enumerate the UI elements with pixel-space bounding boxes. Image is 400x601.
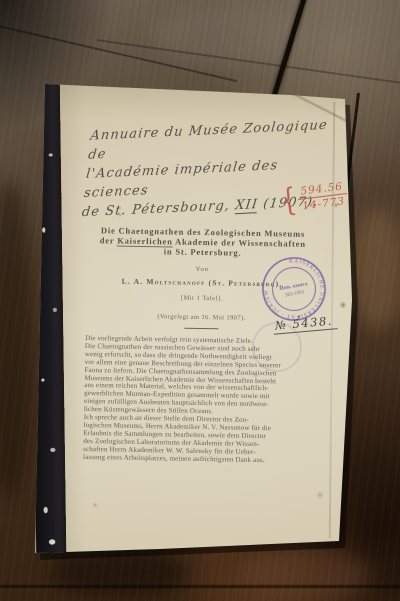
photo-scene: Annuaire du Musée Zoologique de l'Académ…	[0, 0, 400, 601]
brace-mark: {	[279, 181, 299, 219]
body-paragraph-2: Ich spreche auch an dieser Stelle dem Di…	[70, 414, 329, 466]
separator-rule	[184, 328, 218, 330]
shelf-mark-fraction: 594.56 14-773	[297, 180, 349, 213]
volume-numeral: XII	[234, 197, 259, 214]
